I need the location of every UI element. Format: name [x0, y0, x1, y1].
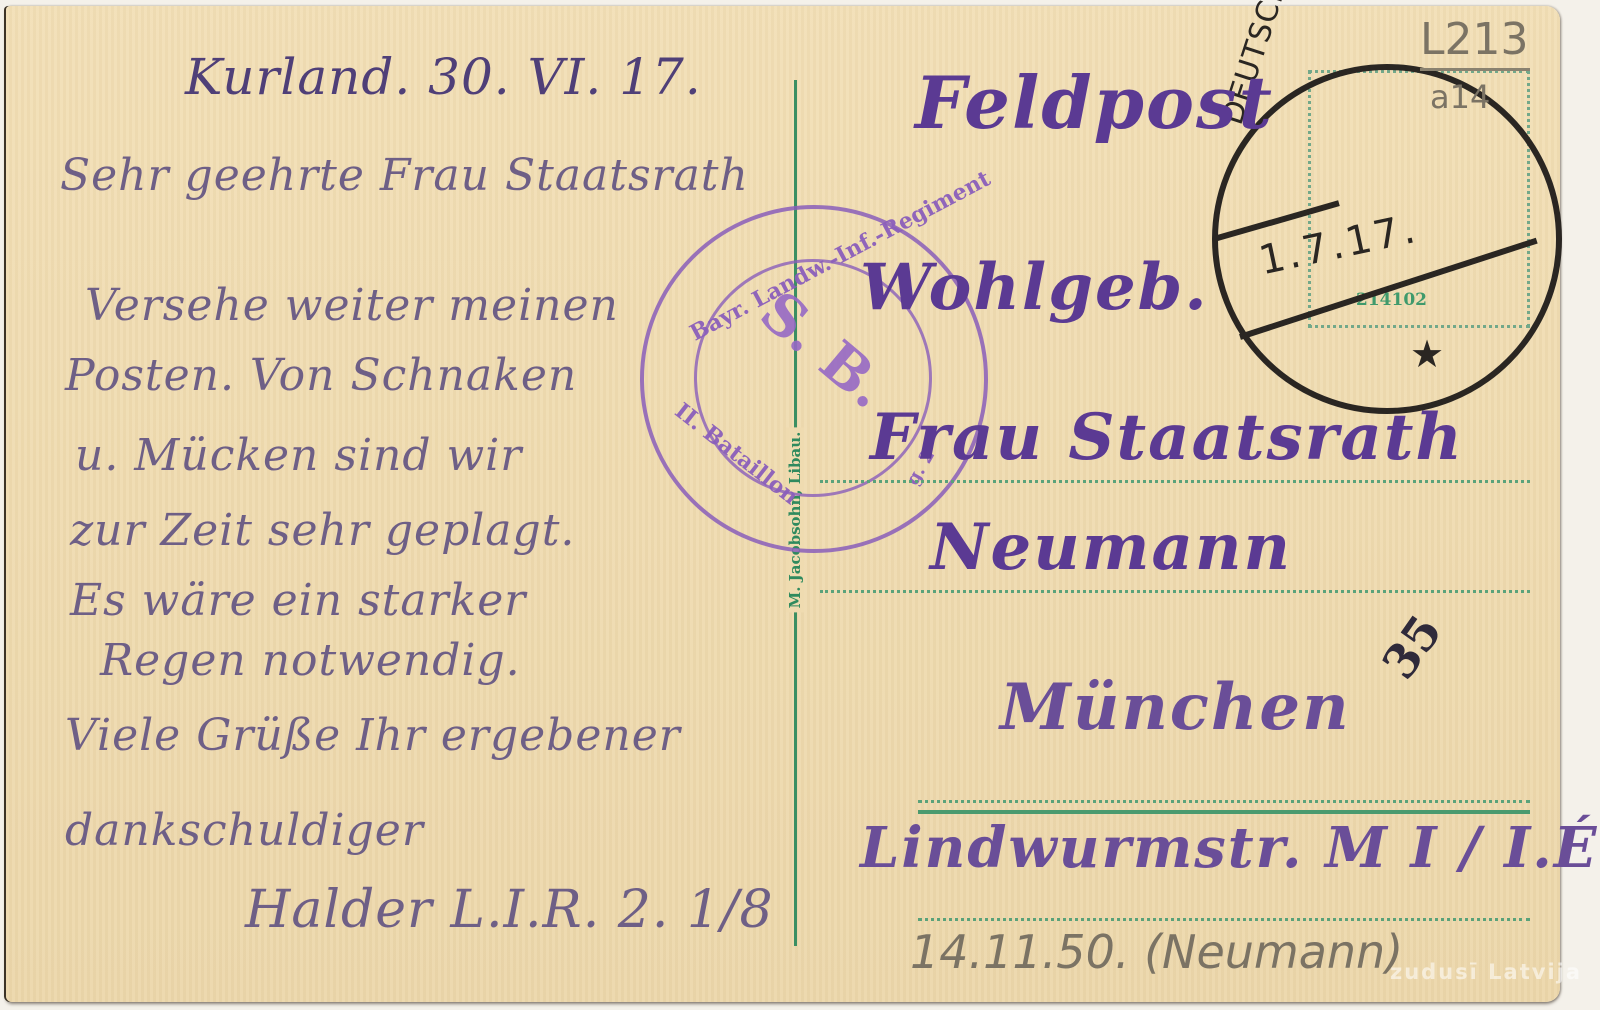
- address-recipient: Frau Staatsrath: [870, 400, 1464, 475]
- watermark: zudusī Latvija: [1390, 960, 1582, 984]
- address-line-4: [918, 918, 1530, 921]
- message-line: Posten. Von Schnaken: [65, 350, 577, 401]
- message-line: Es wäre ein starker: [70, 575, 526, 626]
- signature: Halder L.I.R. 2. 1/8: [245, 880, 774, 940]
- message-line: Versehe weiter meinen: [85, 280, 619, 331]
- catalog-underline: [1420, 68, 1530, 71]
- message-line: Sehr geehrte Frau Staatsrath: [60, 150, 749, 201]
- place-date: Kurland. 30. VI. 17.: [185, 48, 702, 106]
- catalog-sub-number: a14: [1430, 78, 1490, 116]
- catalog-number: L213: [1420, 14, 1529, 65]
- message-line: dankschuldiger: [65, 805, 424, 856]
- feldpost-label: Feldpost: [915, 60, 1274, 145]
- pencil-bottom-note: 14.11.50. (Neumann): [910, 925, 1403, 979]
- address-surname: Neumann: [930, 510, 1292, 585]
- message-line: zur Zeit sehr geplagt.: [70, 505, 575, 556]
- message-line: Regen notwendig.: [100, 635, 521, 686]
- address-line-2: [820, 590, 1530, 593]
- star-icon: ★: [1410, 332, 1444, 376]
- address-city: München: [1000, 670, 1351, 745]
- message-line: Viele Grüße Ihr ergebener: [65, 710, 681, 761]
- address-street: Lindwurmstr. M I / I.Ét.: [860, 815, 1600, 881]
- address-line-3: [918, 800, 1530, 803]
- address-line-1: [820, 480, 1530, 483]
- address-city-underline: [918, 810, 1530, 814]
- message-line: u. Mücken sind wir: [75, 430, 522, 481]
- address-salutation: Wohlgeb.: [860, 250, 1209, 325]
